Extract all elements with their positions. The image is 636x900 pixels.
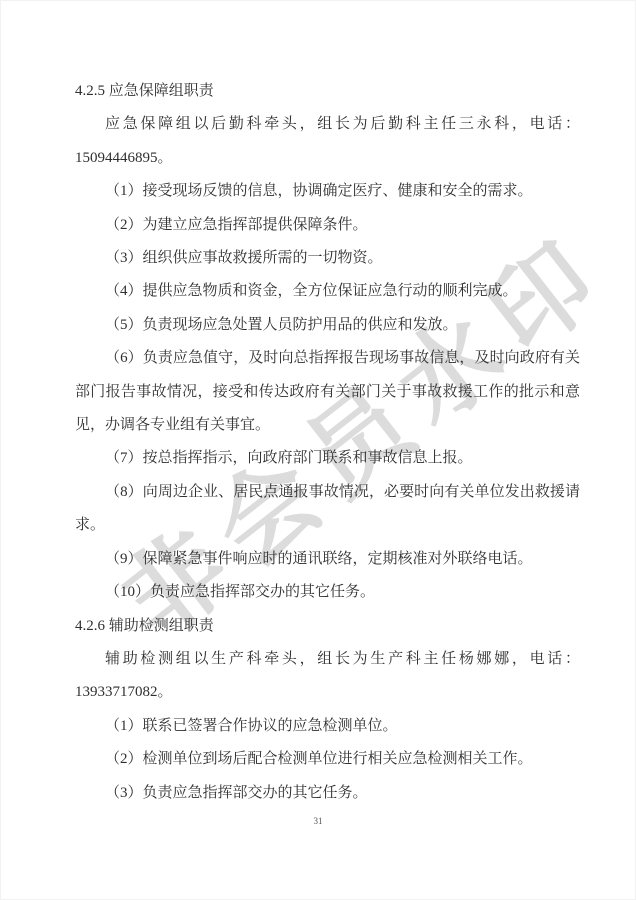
list-item: （1）联系已签署合作协议的应急检测单位。 (75, 710, 580, 743)
section-heading-425: 4.2.5 应急保障组职责 (75, 75, 580, 108)
list-item: （5）负责现场应急处置人员防护用品的供应和发放。 (75, 309, 580, 342)
list-item: （4）提供应急物质和资金，全方位保证应急行动的顺利完成。 (75, 275, 580, 308)
list-item: （6）负责应急值守，及时向总指挥报告现场事故信息，及时向政府有关部门报告事故情况… (75, 342, 580, 442)
list-item: （2）检测单位到场后配合检测单位进行相关应急检测相关工作。 (75, 743, 580, 776)
list-item: （7）按总指挥指示，向政府部门联系和事故信息上报。 (75, 442, 580, 475)
list-item: （1）接受现场反馈的信息，协调确定医疗、健康和安全的需求。 (75, 175, 580, 208)
list-item: （10）负责应急指挥部交办的其它任务。 (75, 576, 580, 609)
section-intro: 应急保障组以后勤科牵头，组长为后勤科主任三永科，电话： (75, 108, 580, 141)
section-heading-426: 4.2.6 辅助检测组职责 (75, 610, 580, 643)
document-page: 非会员水印 4.2.5 应急保障组职责 应急保障组以后勤科牵头，组长为后勤科主任… (0, 0, 636, 900)
list-item: （3）负责应急指挥部交办的其它任务。 (75, 777, 580, 810)
page-number: 31 (0, 816, 636, 826)
section-intro: 辅助检测组以生产科牵头，组长为生产科主任杨娜娜，电话： (75, 643, 580, 676)
phone-number: 13933717082。 (75, 676, 580, 709)
list-item: （2）为建立应急指挥部提供保障条件。 (75, 209, 580, 242)
phone-number: 15094446895。 (75, 142, 580, 175)
document-content: 4.2.5 应急保障组职责 应急保障组以后勤科牵头，组长为后勤科主任三永科，电话… (0, 0, 636, 810)
list-item: （9）保障紧急事件响应时的通讯联络，定期核准对外联络电话。 (75, 543, 580, 576)
list-item: （8）向周边企业、居民点通报事故情况，必要时向有关单位发出救援请求。 (75, 476, 580, 543)
list-item: （3）组织供应事故救援所需的一切物资。 (75, 242, 580, 275)
